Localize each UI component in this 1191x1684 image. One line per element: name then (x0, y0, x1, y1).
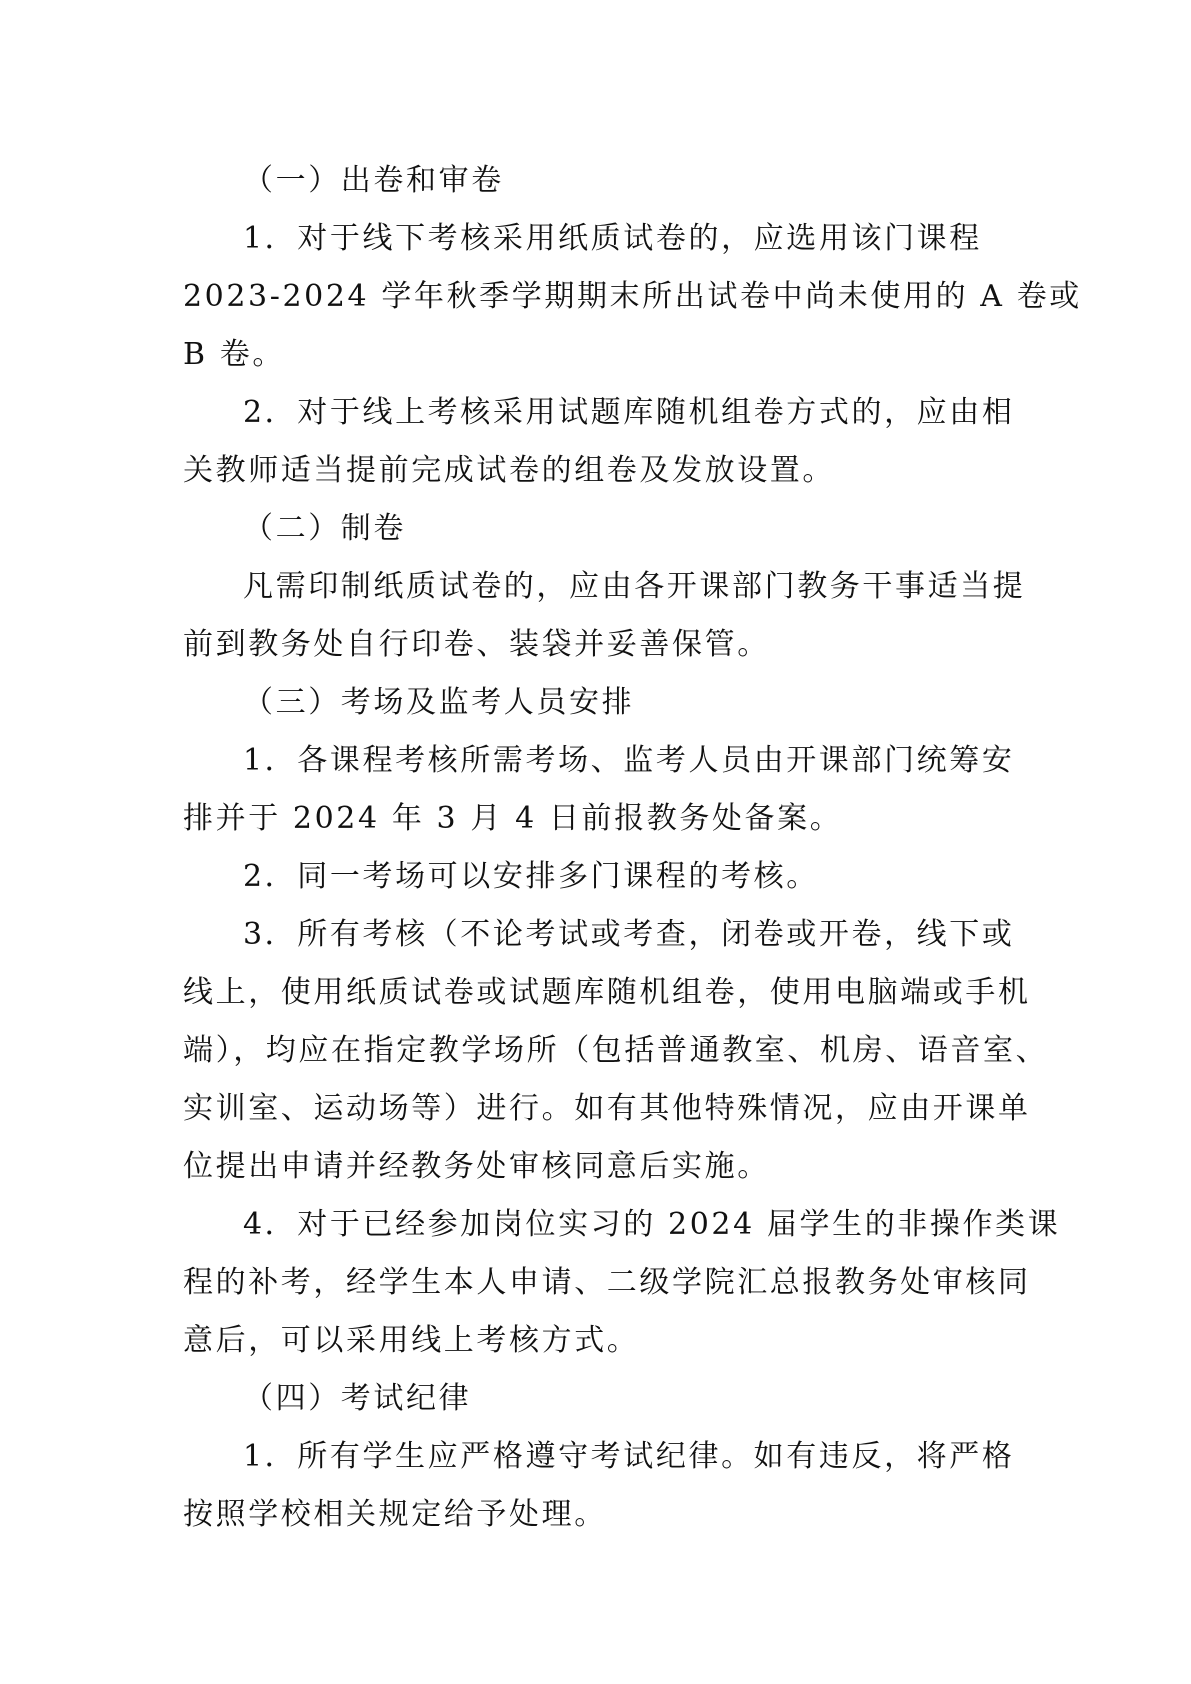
text-line: B 卷。 (183, 337, 1013, 373)
text-line: 位提出申请并经教务处审核同意后实施。 (183, 1149, 1013, 1185)
text-line: 4．对于已经参加岗位实习的 2024 届学生的非操作类课 (243, 1207, 1013, 1243)
text-line: 前到教务处自行印卷、装袋并妥善保管。 (183, 627, 1013, 663)
text-line: 排并于 2024 年 3 月 4 日前报教务处备案。 (183, 801, 1013, 837)
text-line: 3．所有考核（不论考试或考查，闭卷或开卷，线下或 (243, 917, 1013, 953)
text-line: 1．对于线下考核采用纸质试卷的，应选用该门课程 (243, 221, 1013, 257)
text-line: 意后，可以采用线上考核方式。 (183, 1323, 1013, 1359)
text-line: 2．对于线上考核采用试题库随机组卷方式的，应由相 (243, 395, 1013, 431)
text-line: （三）考场及监考人员安排 (243, 685, 1013, 721)
text-line: 凡需印制纸质试卷的，应由各开课部门教务干事适当提 (243, 569, 1013, 605)
text-line: 程的补考，经学生本人申请、二级学院汇总报教务处审核同 (183, 1265, 1013, 1301)
text-line: （一）出卷和审卷 (243, 163, 1013, 199)
text-line: 2023-2024 学年秋季学期期末所出试卷中尚未使用的 A 卷或 (183, 279, 1013, 315)
text-line: （二）制卷 (243, 511, 1013, 547)
text-line: 1．所有学生应严格遵守考试纪律。如有违反，将严格 (243, 1439, 1013, 1475)
text-line: 关教师适当提前完成试卷的组卷及发放设置。 (183, 453, 1013, 489)
text-line: 按照学校相关规定给予处理。 (183, 1497, 1013, 1533)
text-line: 线上，使用纸质试卷或试题库随机组卷，使用电脑端或手机 (183, 975, 1013, 1011)
text-line: （四）考试纪律 (243, 1381, 1013, 1417)
text-line: 2．同一考场可以安排多门课程的考核。 (243, 859, 1013, 895)
document-page: （一）出卷和审卷1．对于线下考核采用纸质试卷的，应选用该门课程2023-2024… (0, 0, 1191, 1684)
text-line: 端），均应在指定教学场所（包括普通教室、机房、语音室、 (183, 1033, 1013, 1069)
text-line: 1．各课程考核所需考场、监考人员由开课部门统筹安 (243, 743, 1013, 779)
text-line: 实训室、运动场等）进行。如有其他特殊情况，应由开课单 (183, 1091, 1013, 1127)
